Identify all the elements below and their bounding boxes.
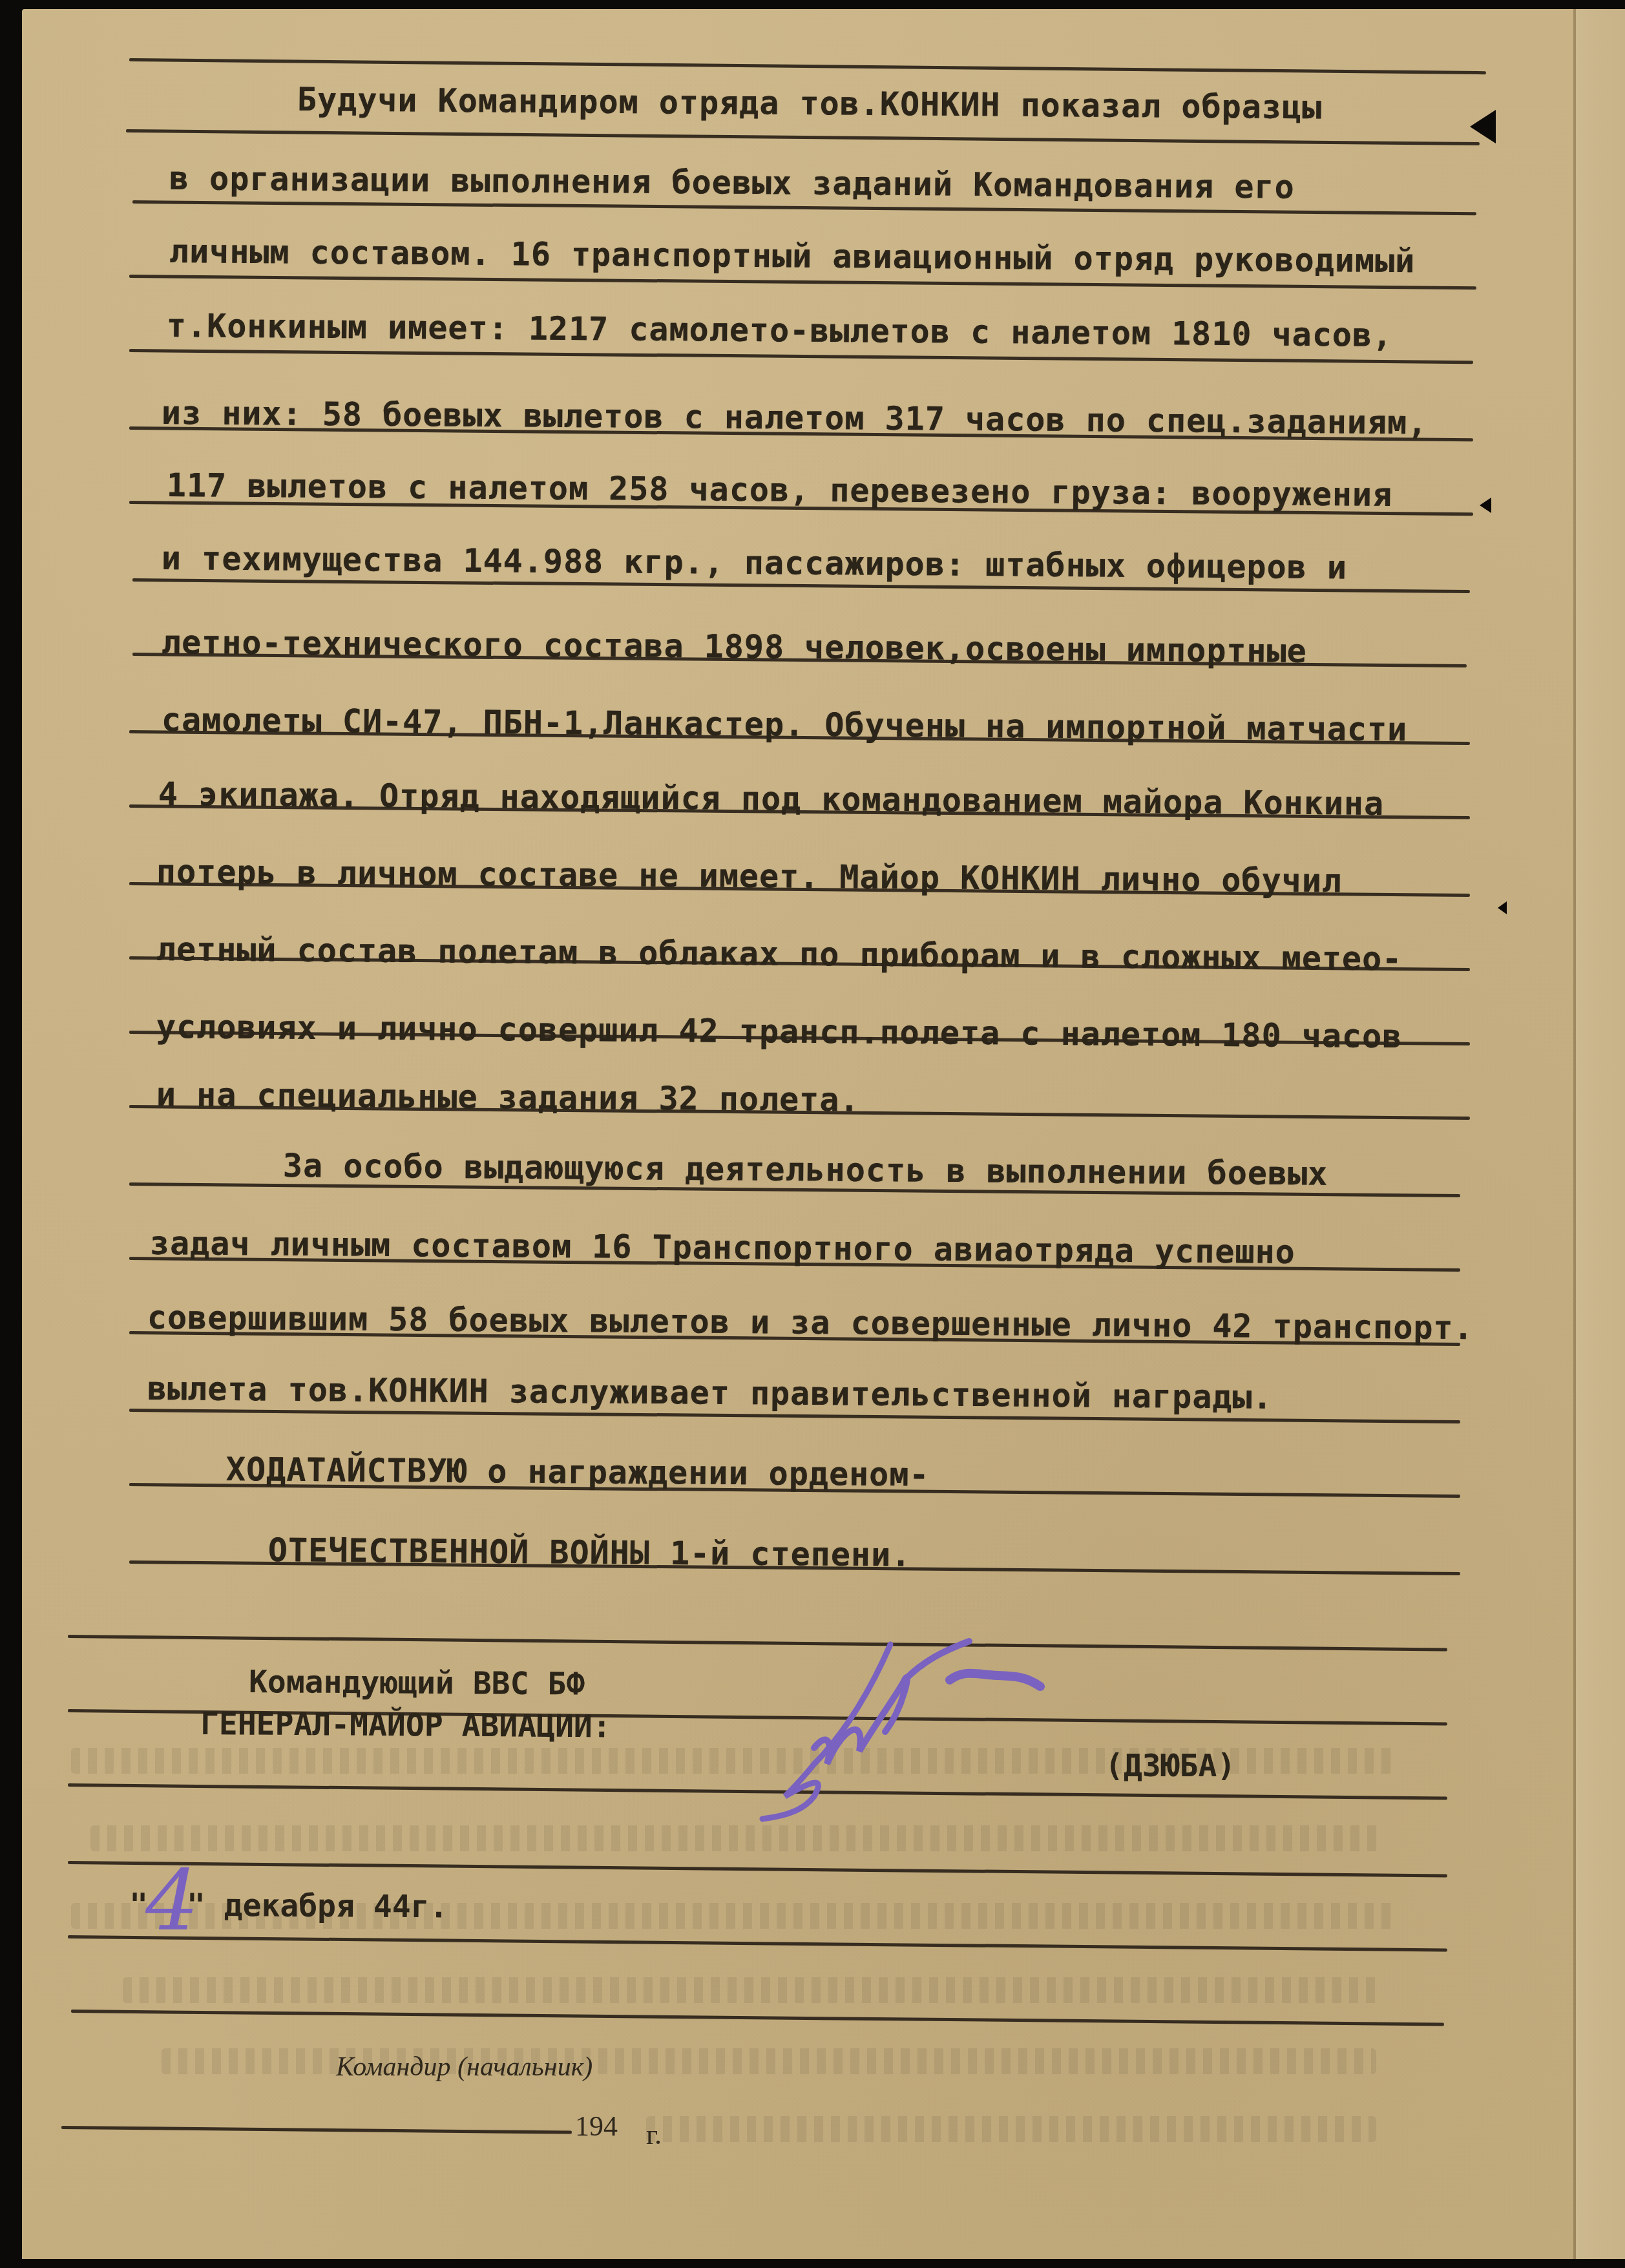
- petition-line: ОТЕЧЕСТВЕННОЙ ВОЙНЫ 1-й степени.: [268, 1531, 912, 1574]
- bleed-through-text: [90, 1825, 1383, 1851]
- signatory-rank: ГЕНЕРАЛ-МАЙОР АВИАЦИИ:: [200, 1706, 611, 1745]
- form-year-suffix: г.: [646, 2118, 662, 2151]
- date-month-year: декабря 44г.: [224, 1887, 448, 1925]
- body-text-line: Будучи Командиром отряда тов.КОНКИН пока…: [297, 81, 1323, 126]
- paper-flap: [1576, 9, 1625, 2259]
- bleed-through-text: [123, 1977, 1383, 2003]
- petition-line: ХОДАТАЙСТВУЮ о награждении орденом-: [226, 1451, 930, 1494]
- handwritten-day: 4: [145, 1851, 199, 1949]
- paper-tear-icon: [1480, 498, 1491, 513]
- form-year-prefix: 194: [575, 2110, 618, 2143]
- scan-border-bottom: [0, 2259, 1625, 2268]
- handwritten-signature: [737, 1635, 1137, 1822]
- punch-hole-icon: [1470, 110, 1496, 143]
- body-text-line: и на специальные задания 32 полета.: [156, 1076, 860, 1119]
- paper-tear-icon: [1498, 901, 1507, 914]
- bleed-through-text: [646, 2116, 1376, 2142]
- form-label-commander: Командир (начальник): [336, 2052, 592, 2083]
- fold-line: [1573, 9, 1576, 2259]
- signatory-title: Командующий ВВС БФ: [249, 1664, 585, 1703]
